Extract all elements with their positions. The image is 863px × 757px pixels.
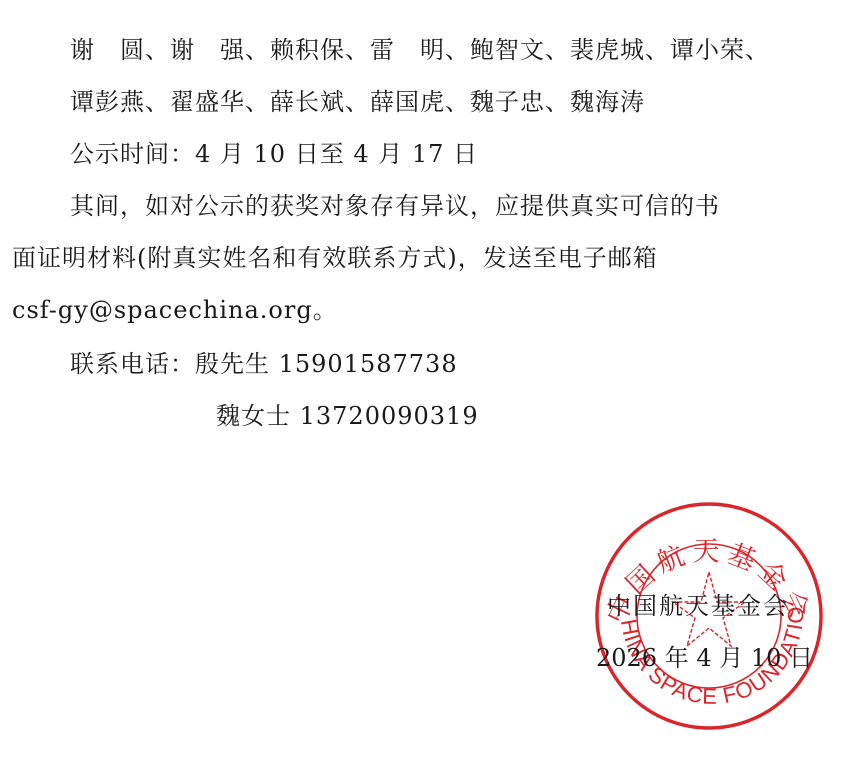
names-line-1: 谢 圆、谢 强、赖积保、雷 明、鲍智文、裴虎城、谭小荣、 — [70, 36, 770, 64]
publicity-period: 公示时间：4 月 10 日至 4 月 17 日 — [70, 140, 478, 168]
objection-line-2: 面证明材料(附真实姓名和有效联系方式)，发送至电子邮箱 — [12, 244, 658, 272]
email-address: csf-gy@spacechina.org。 — [12, 296, 338, 324]
names-line-2: 谭彭燕、翟盛华、薛长斌、薛国虎、魏子忠、魏海涛 — [70, 88, 645, 116]
signature-organization: 中国航天基金会 — [607, 592, 789, 620]
contact-phone-1: 联系电话：殷先生 15901587738 — [70, 350, 458, 378]
objection-line-1: 其间，如对公示的获奖对象存有异议，应提供真实可信的书 — [70, 192, 720, 220]
contact-phone-2: 魏女士 13720090319 — [216, 402, 479, 430]
signature-date: 2026 年 4 月 10 日 — [596, 644, 813, 672]
